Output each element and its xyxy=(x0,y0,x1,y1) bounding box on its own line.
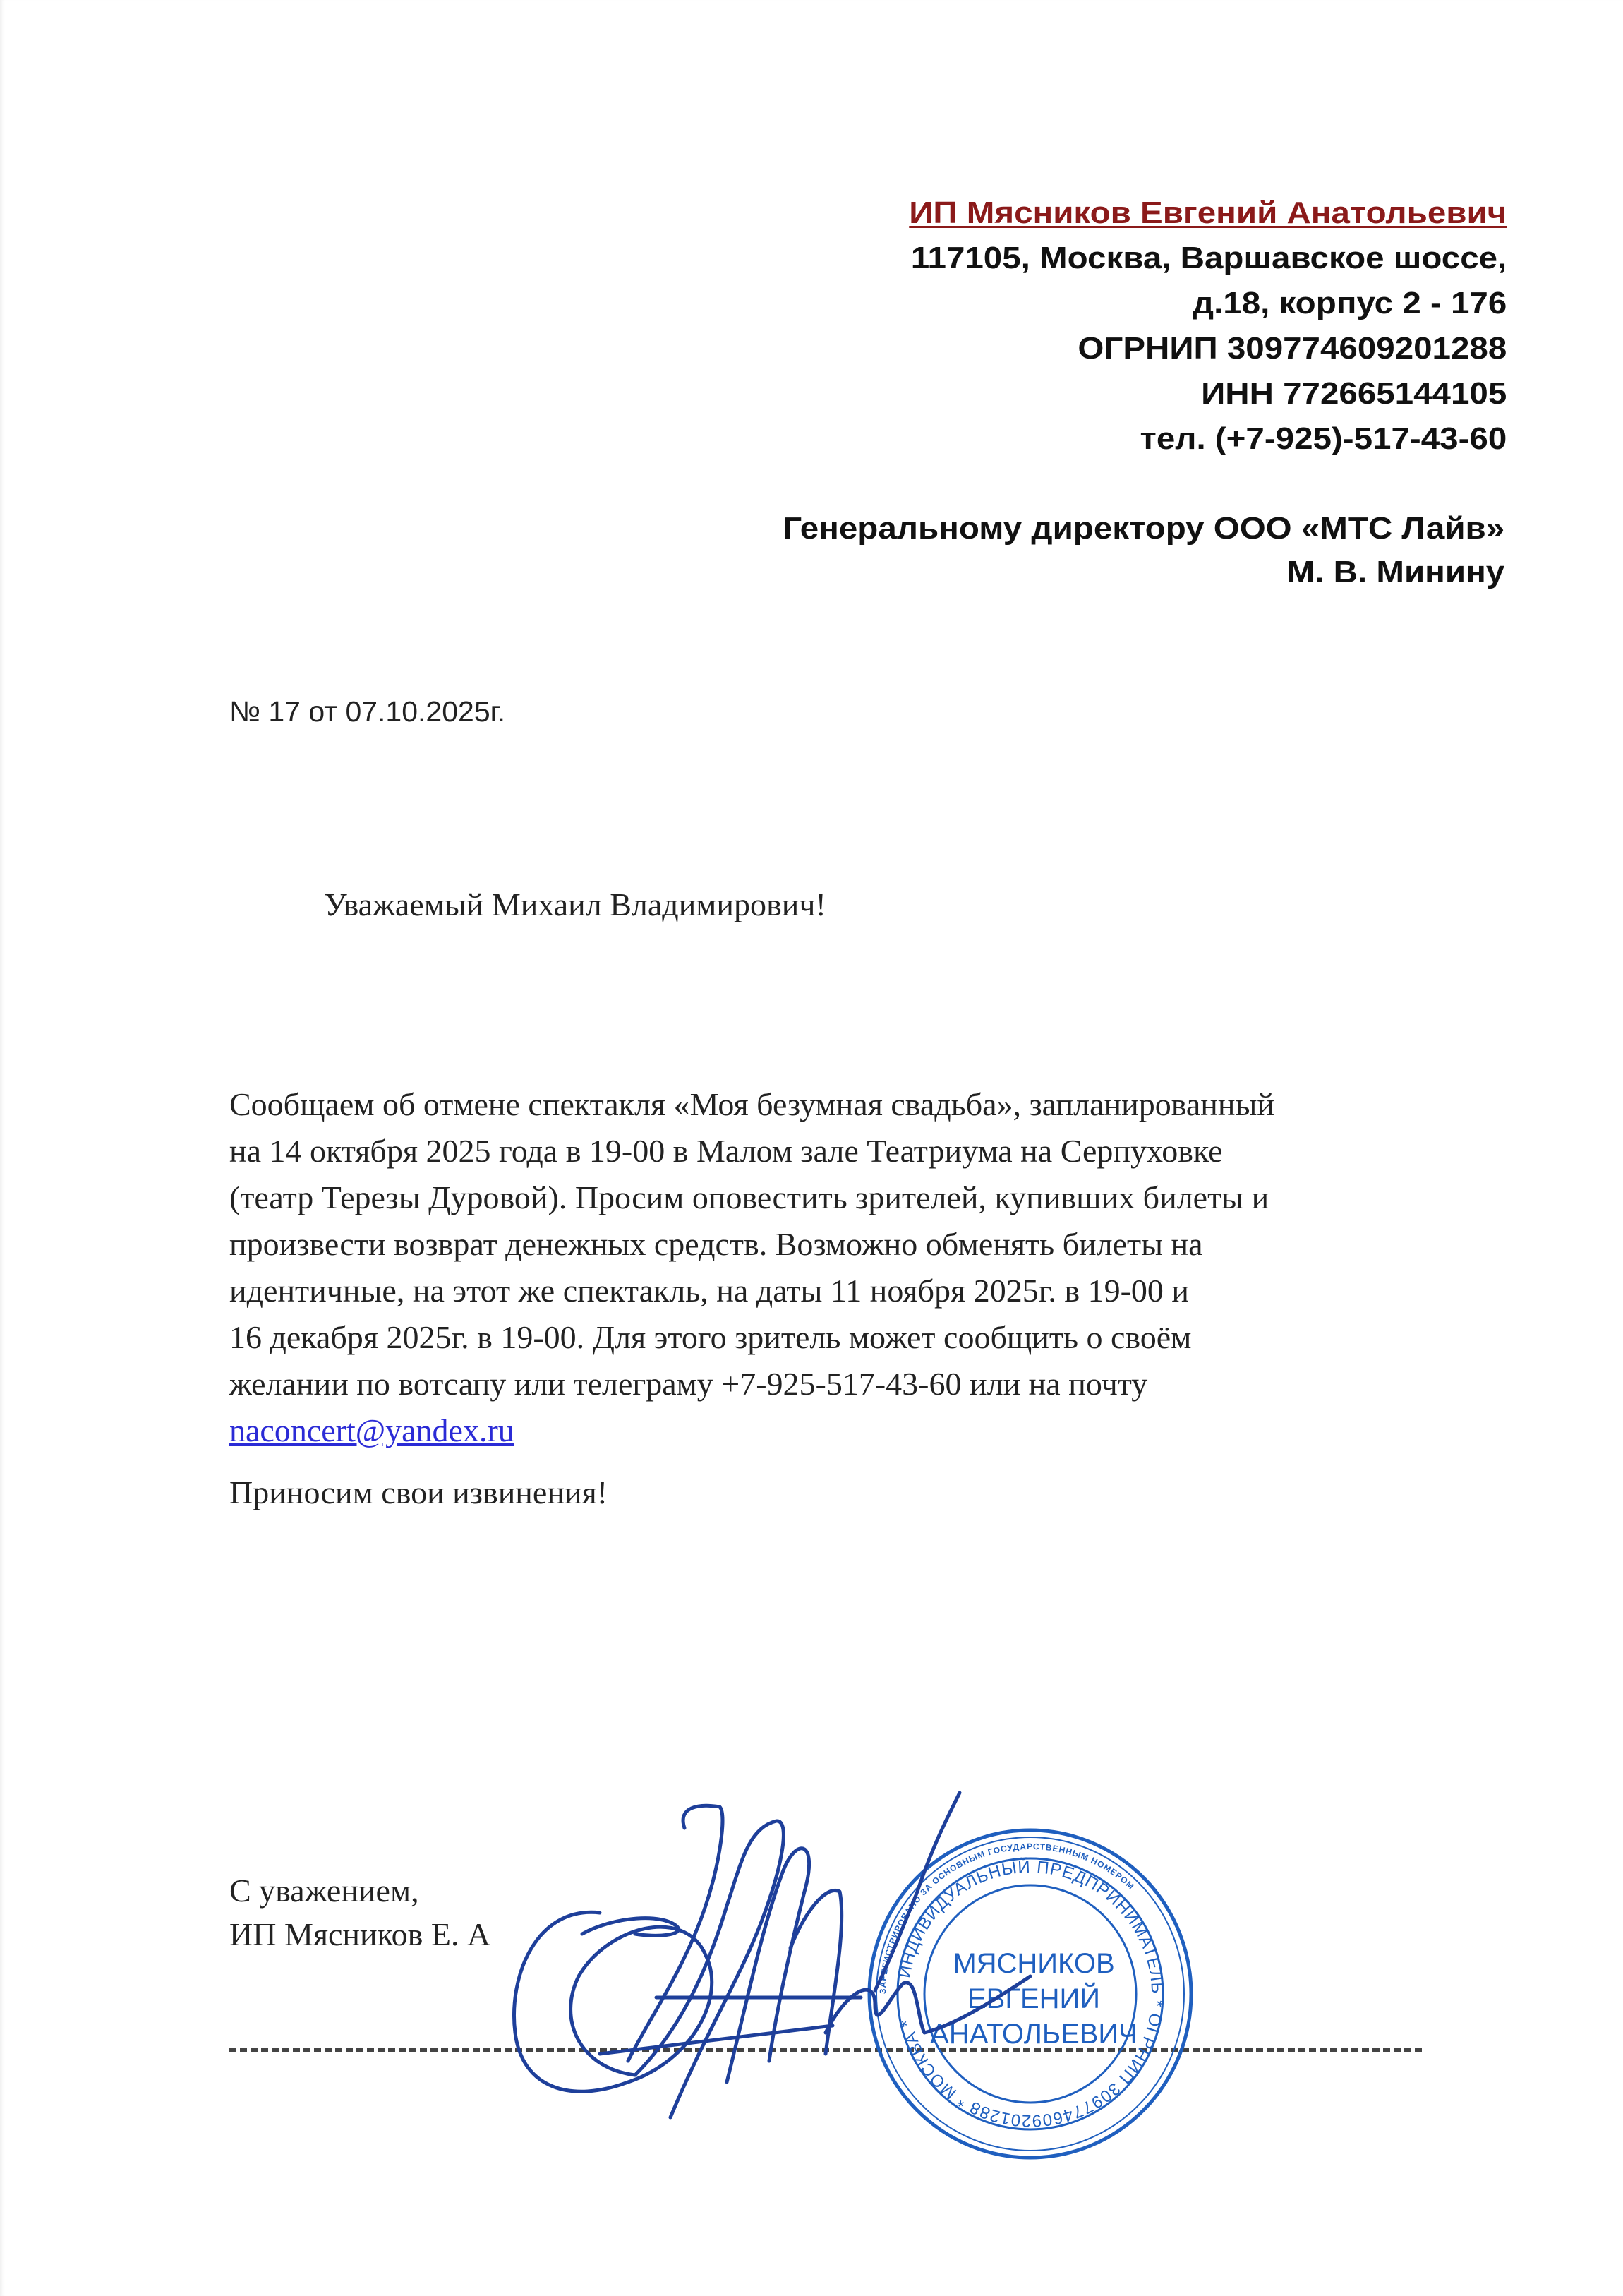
sender-phone: тел. (+7-925)-517-43-60 xyxy=(909,416,1507,462)
greeting: Уважаемый Михаил Владимирович! xyxy=(324,886,826,923)
greeting-container: Уважаемый Михаил Владимирович! xyxy=(0,886,1623,923)
letter-body: Сообщаем об отмене спектакля «Моя безумн… xyxy=(229,1081,1471,1454)
letter-reference-number: № 17 от 07.10.2025г. xyxy=(229,695,505,728)
email-link[interactable]: naconcert@yandex.ru xyxy=(229,1412,514,1448)
body-line: идентичные, на этот же спектакль, на дат… xyxy=(229,1268,1471,1314)
body-line: Сообщаем об отмене спектакля «Моя безумн… xyxy=(229,1081,1471,1128)
letter-page: ИП Мясников Евгений Анатольевич 117105, … xyxy=(0,0,1623,2296)
sender-inn: ИНН 772665144105 xyxy=(909,371,1507,416)
closing-regards: С уважением, xyxy=(229,1869,490,1913)
addressee-block: Генеральному директору ООО «МТС Лайв» М.… xyxy=(783,507,1504,594)
body-line: желании по вотсапу или телеграму +7-925-… xyxy=(229,1361,1471,1407)
apology-text: Приносим свои извинения! xyxy=(229,1474,608,1511)
handwritten-signature-icon xyxy=(494,1765,1044,2132)
sender-org-name: ИП Мясников Евгений Анатольевич xyxy=(909,191,1507,236)
sender-address-line2: д.18, корпус 2 - 176 xyxy=(909,281,1507,326)
addressee-position: Генеральному директору ООО «МТС Лайв» xyxy=(783,507,1504,551)
closing-block: С уважением, ИП Мясников Е. А xyxy=(229,1869,490,1957)
closing-signatory: ИП Мясников Е. А xyxy=(229,1913,490,1957)
sender-address-line1: 117105, Москва, Варшавское шоссе, xyxy=(909,236,1507,281)
sender-ogrnip: ОГРНИП 309774609201288 xyxy=(909,326,1507,371)
body-line: произвести возврат денежных средств. Воз… xyxy=(229,1221,1471,1268)
body-line: (театр Терезы Дуровой). Просим оповестит… xyxy=(229,1174,1471,1221)
sender-letterhead: ИП Мясников Евгений Анатольевич 117105, … xyxy=(909,191,1507,462)
body-line: на 14 октября 2025 года в 19-00 в Малом … xyxy=(229,1128,1471,1174)
addressee-name: М. В. Минину xyxy=(783,551,1504,594)
body-line: 16 декабря 2025г. в 19-00. Для этого зри… xyxy=(229,1314,1471,1361)
